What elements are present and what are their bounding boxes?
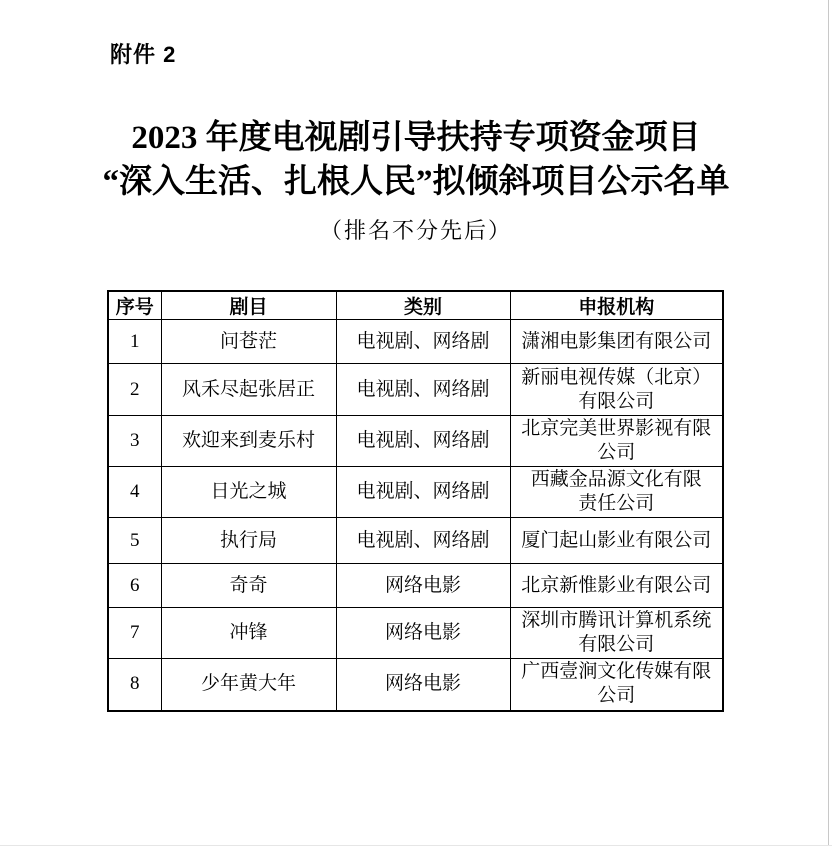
attachment-label: 附件 2 — [110, 38, 176, 69]
cell-category: 电视剧、网络剧 — [336, 364, 510, 416]
cell-organization: 潇湘电影集团有限公司 — [510, 320, 723, 364]
cell-drama-title: 冲锋 — [161, 608, 336, 659]
cell-serial: 2 — [108, 364, 161, 416]
cell-drama-title: 问苍茫 — [161, 320, 336, 364]
cell-category: 电视剧、网络剧 — [336, 320, 510, 364]
cell-organization: 厦门起山影业有限公司 — [510, 518, 723, 564]
cell-serial: 3 — [108, 416, 161, 467]
cell-organization: 北京完美世界影视有限 公司 — [510, 416, 723, 467]
table-header-row: 序号 剧目 类别 申报机构 — [108, 291, 723, 320]
cell-drama-title: 日光之城 — [161, 467, 336, 518]
col-header-category: 类别 — [336, 291, 510, 320]
document-subtitle: （排名不分先后） — [4, 214, 828, 245]
cell-organization: 北京新惟影业有限公司 — [510, 564, 723, 608]
table-container: 序号 剧目 类别 申报机构 1 问苍茫 电视剧、网络剧 潇湘电影集团有限公司 2… — [107, 290, 724, 712]
title-block: 2023 年度电视剧引导扶持专项资金项目 “深入生活、扎根人民”拟倾斜项目公示名… — [4, 116, 828, 245]
cell-drama-title: 欢迎来到麦乐村 — [161, 416, 336, 467]
cell-organization: 深圳市腾讯计算机系统 有限公司 — [510, 608, 723, 659]
cell-drama-title: 少年黄大年 — [161, 659, 336, 711]
document-page: 附件 2 2023 年度电视剧引导扶持专项资金项目 “深入生活、扎根人民”拟倾斜… — [0, 0, 832, 846]
cell-category: 网络电影 — [336, 608, 510, 659]
table-row: 7 冲锋 网络电影 深圳市腾讯计算机系统 有限公司 — [108, 608, 723, 659]
cell-organization: 西藏金品源文化有限 责任公司 — [510, 467, 723, 518]
page-right-edge — [828, 0, 829, 846]
cell-category: 电视剧、网络剧 — [336, 518, 510, 564]
cell-serial: 1 — [108, 320, 161, 364]
document-title-line-2: “深入生活、扎根人民”拟倾斜项目公示名单 — [4, 160, 828, 204]
cell-organization: 新丽电视传媒（北京） 有限公司 — [510, 364, 723, 416]
table-row: 6 奇奇 网络电影 北京新惟影业有限公司 — [108, 564, 723, 608]
cell-category: 网络电影 — [336, 564, 510, 608]
cell-serial: 8 — [108, 659, 161, 711]
col-header-serial: 序号 — [108, 291, 161, 320]
cell-serial: 6 — [108, 564, 161, 608]
table-row: 2 风禾尽起张居正 电视剧、网络剧 新丽电视传媒（北京） 有限公司 — [108, 364, 723, 416]
cell-serial: 7 — [108, 608, 161, 659]
cell-serial: 4 — [108, 467, 161, 518]
col-header-drama-title: 剧目 — [161, 291, 336, 320]
cell-organization: 广西壹涧文化传媒有限 公司 — [510, 659, 723, 711]
projects-table: 序号 剧目 类别 申报机构 1 问苍茫 电视剧、网络剧 潇湘电影集团有限公司 2… — [107, 290, 724, 712]
cell-serial: 5 — [108, 518, 161, 564]
col-header-organization: 申报机构 — [510, 291, 723, 320]
document-title-line-1: 2023 年度电视剧引导扶持专项资金项目 — [4, 116, 828, 160]
table-row: 3 欢迎来到麦乐村 电视剧、网络剧 北京完美世界影视有限 公司 — [108, 416, 723, 467]
table-row: 4 日光之城 电视剧、网络剧 西藏金品源文化有限 责任公司 — [108, 467, 723, 518]
cell-category: 网络电影 — [336, 659, 510, 711]
table-row: 5 执行局 电视剧、网络剧 厦门起山影业有限公司 — [108, 518, 723, 564]
cell-category: 电视剧、网络剧 — [336, 467, 510, 518]
cell-drama-title: 执行局 — [161, 518, 336, 564]
cell-category: 电视剧、网络剧 — [336, 416, 510, 467]
table-row: 8 少年黄大年 网络电影 广西壹涧文化传媒有限 公司 — [108, 659, 723, 711]
cell-drama-title: 奇奇 — [161, 564, 336, 608]
cell-drama-title: 风禾尽起张居正 — [161, 364, 336, 416]
table-row: 1 问苍茫 电视剧、网络剧 潇湘电影集团有限公司 — [108, 320, 723, 364]
